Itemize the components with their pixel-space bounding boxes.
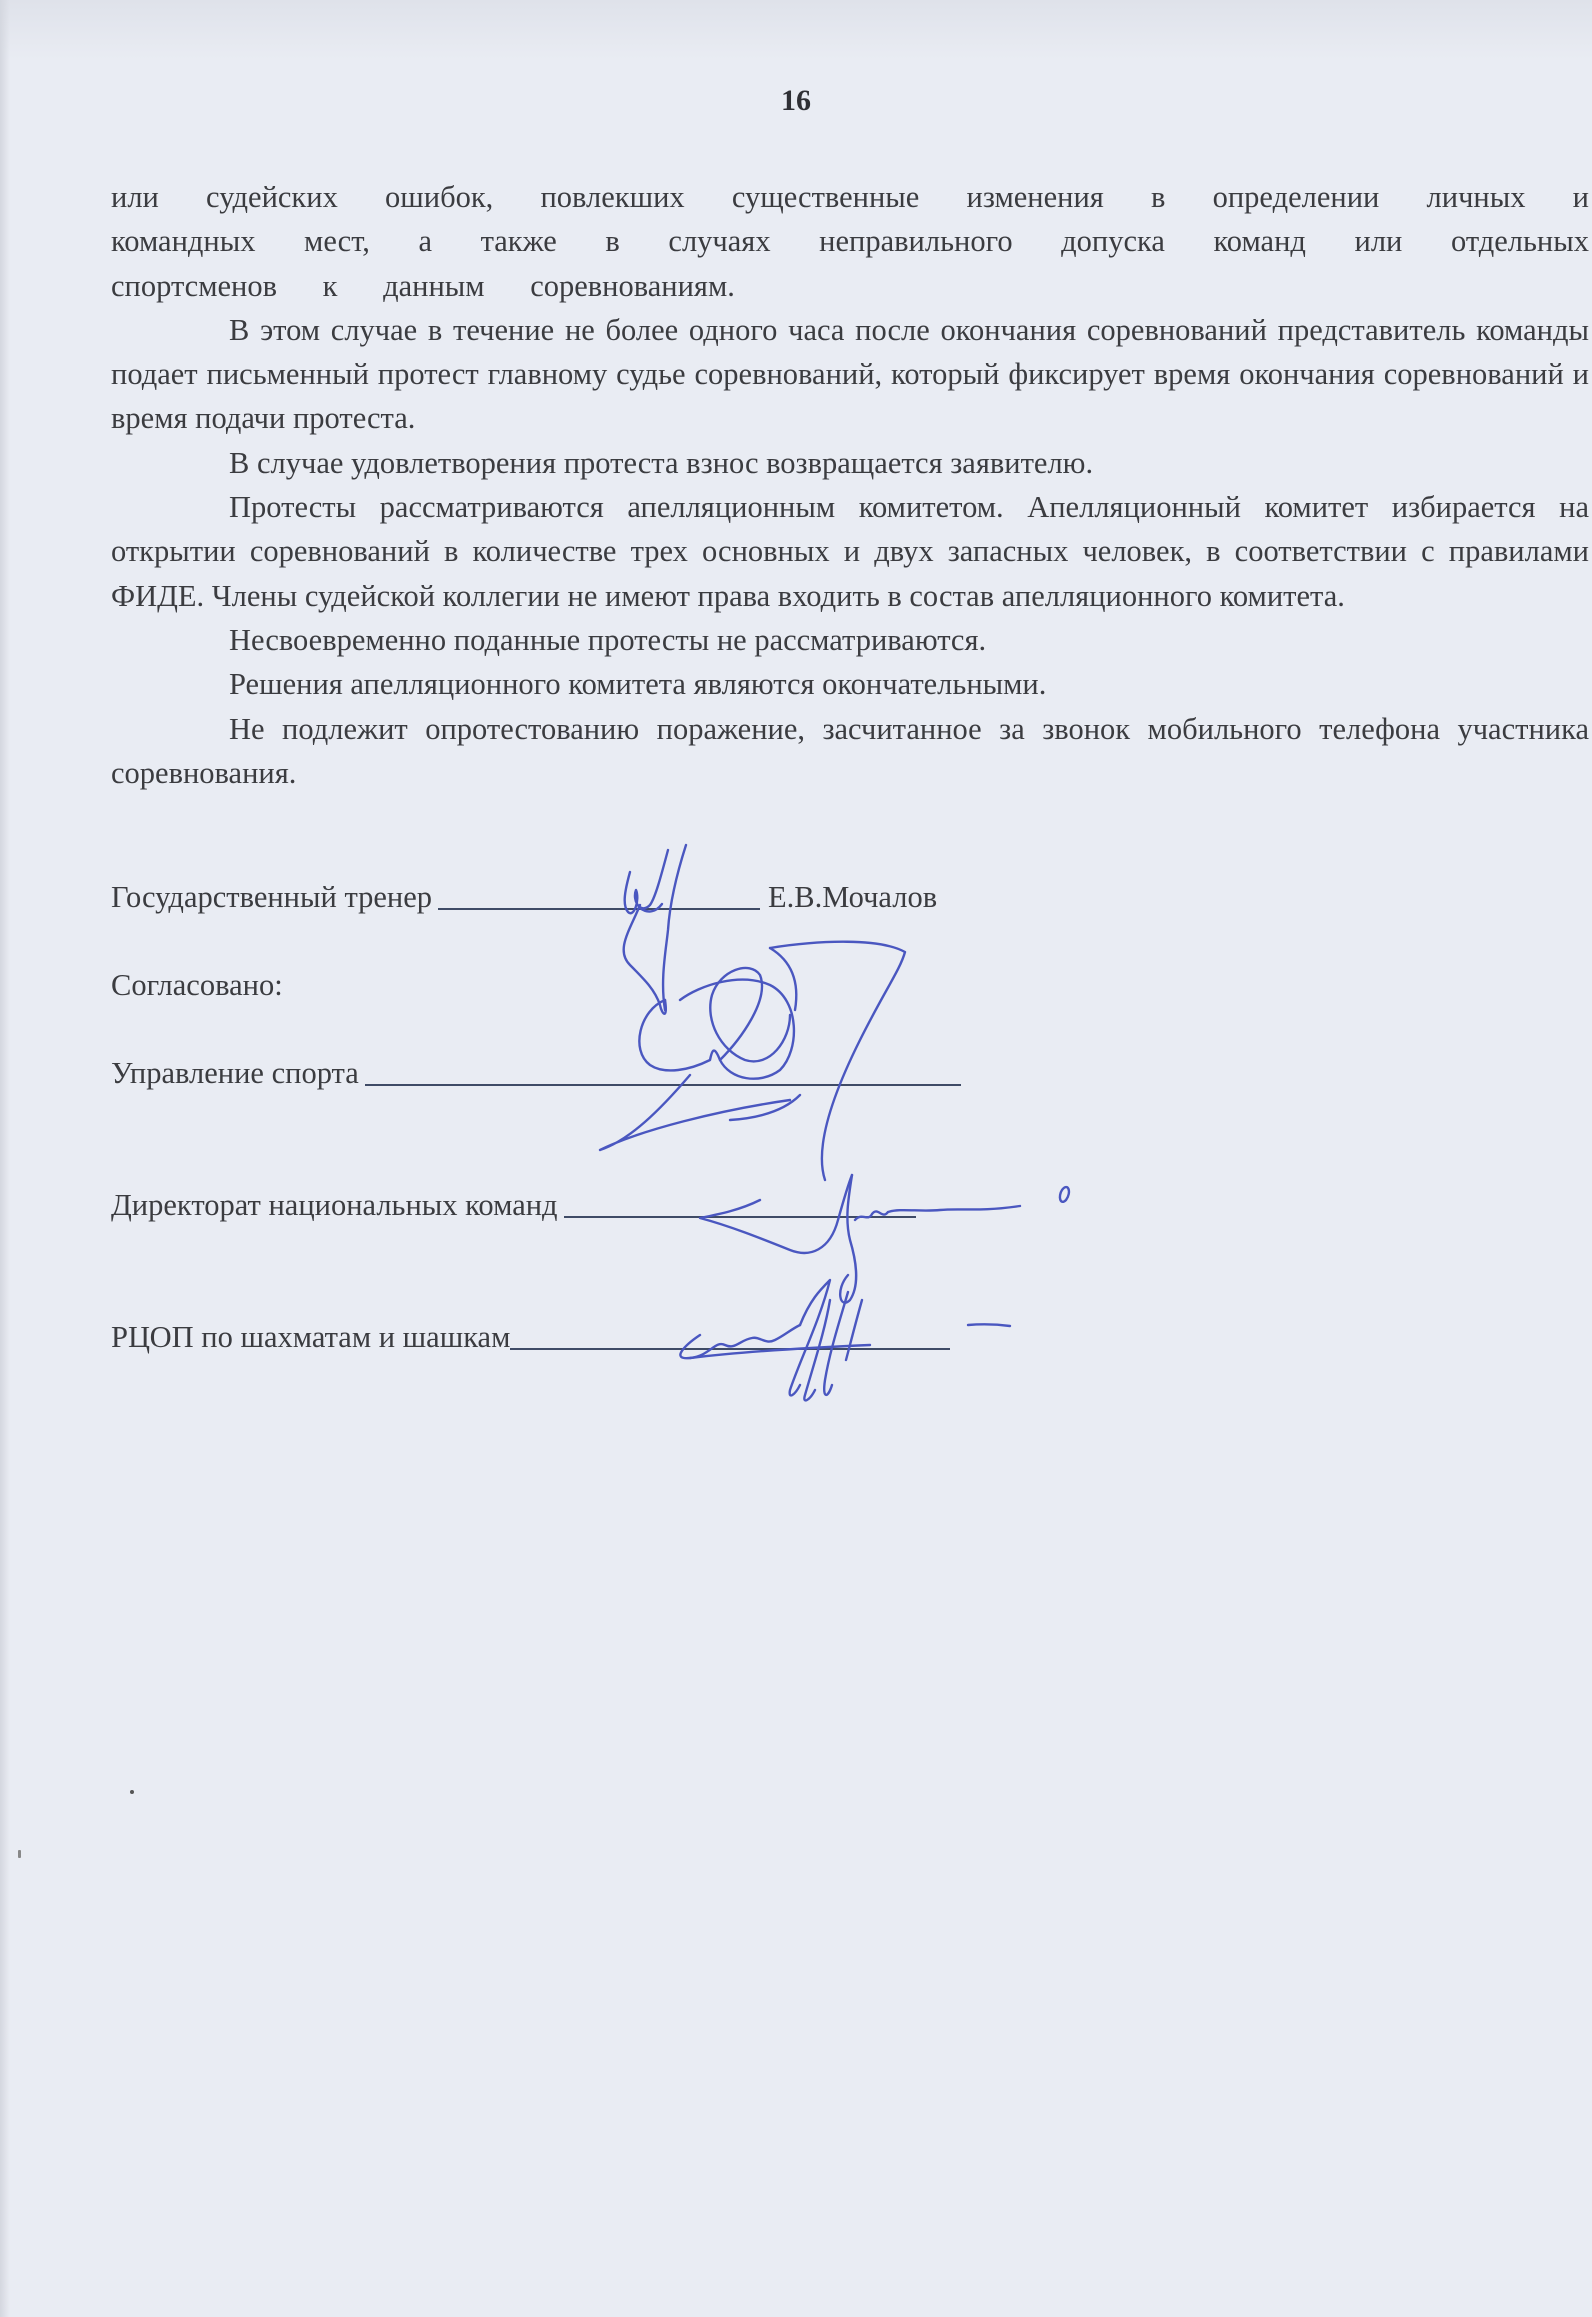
signature-label-state-coach: Государственный тренер [111,880,432,915]
signature-line-state-coach [438,878,760,910]
paragraph-protest-deadline: В этом случае в течение не более одного … [111,308,1589,441]
signatory-name-state-coach: Е.В.Мочалов [768,880,937,915]
signature-sports-department [600,905,905,1180]
document-body: или судейских ошибок, повлекших существе… [111,175,1589,795]
paragraph-fee-refund: В случае удовлетворения протеста взнос в… [111,441,1589,485]
signature-state-coach-initials [625,845,686,1010]
signature-line-national-teams [564,1186,916,1218]
signature-line-sports-department [365,1054,961,1086]
signature-row-national-teams: Директорат национальных команд [111,1186,916,1223]
signature-label-rcop: РЦОП по шахматам и шашкам [111,1320,510,1355]
paragraph-protest-grounds: или судейских ошибок, повлекших существе… [111,175,1589,308]
scan-edge-shadow-left [0,0,10,2317]
agreed-heading-row: Согласовано: [111,968,283,1003]
signature-label-sports-department: Управление спорта [111,1056,359,1091]
agreed-heading: Согласовано: [111,968,283,1003]
paragraph-appeals-committee: Протесты рассматриваются апелляционным к… [111,485,1589,618]
page-number: 16 [0,84,1592,118]
paper-speck [18,1850,21,1858]
paper-speck [130,1790,134,1794]
signature-row-rcop: РЦОП по шахматам и шашкам [111,1318,950,1355]
signature-line-rcop [510,1318,950,1350]
scan-edge-shadow-top [0,0,1592,60]
signature-row-state-coach: Государственный тренер Е.В.Мочалов [111,878,937,915]
signature-row-sports-department: Управление спорта [111,1054,961,1091]
paragraph-mobile-phone-loss: Не подлежит опротестованию поражение, за… [111,707,1589,796]
paragraph-decisions-final: Решения апелляционного комитета являются… [111,662,1589,706]
paragraph-late-protests: Несвоевременно поданные протесты не расс… [111,618,1589,662]
signature-label-national-teams: Директорат национальных команд [111,1188,558,1223]
